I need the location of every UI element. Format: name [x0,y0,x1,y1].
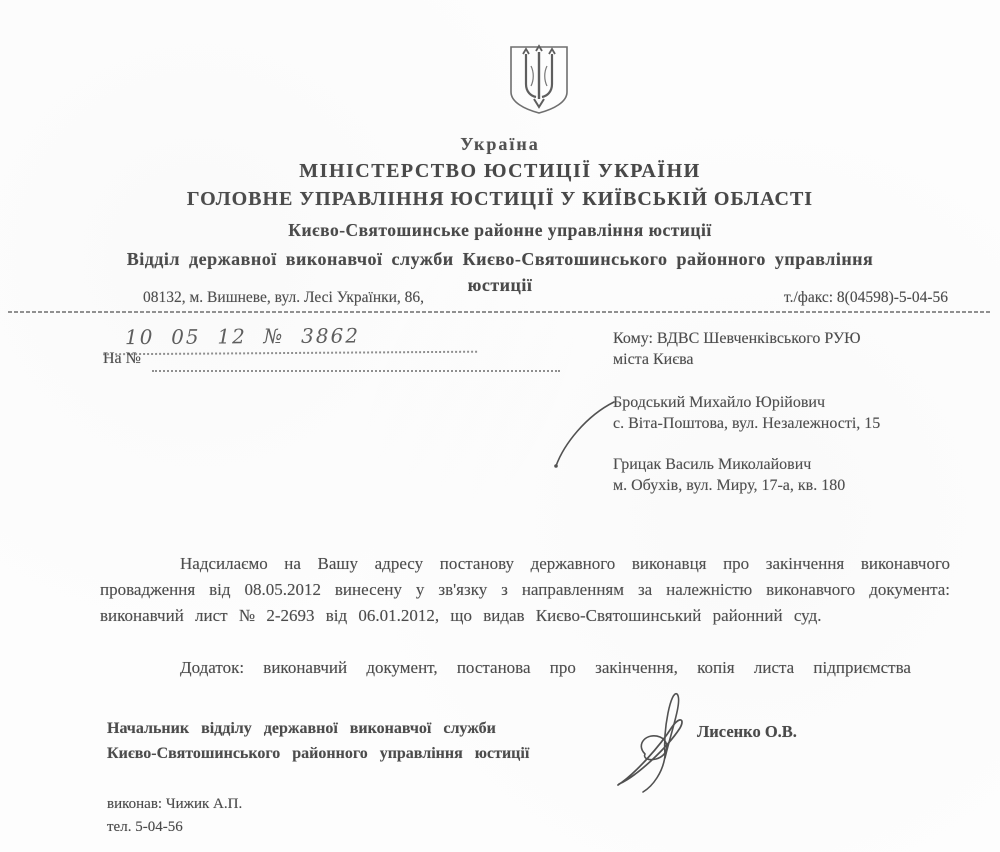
body-paragraph-main: Надсилаємо на Вашу адресу постанову держ… [100,551,950,629]
recipients-block: Кому: ВДВС Шевченківського РУЮ міста Киє… [613,328,973,496]
incoming-number-blank-line [152,352,560,372]
scanned-letter-page: Україна МІНІСТЕРСТВО ЮСТИЦІЇ УКРАЇНИ ГОЛ… [0,0,1000,852]
handwritten-signature [605,688,720,798]
letterhead-address: 08132, м. Вишневе, вул. Лесі Українки, 8… [143,289,424,307]
ukraine-trident-emblem [506,44,572,116]
body-paragraph-attachments: Додаток: виконавчий документ, постанова … [100,655,950,681]
recipient-to-line2: міста Києва [613,349,973,370]
spacer [613,434,973,454]
spacer [613,370,973,392]
incoming-number-label: На № [103,350,141,368]
recipient-person1-address: с. Віта-Поштова, вул. Незалежності, 15 [613,413,973,434]
letterhead-district-department: Києво-Святошинське районне управління юс… [0,220,1000,241]
recipient-person2-name: Грицак Василь Миколайович [613,454,973,475]
executor-line: виконав: Чижик А.П. [107,796,242,813]
executor-phone: тел. 5-04-56 [107,819,183,836]
letterhead-country: Україна [0,134,1000,155]
recipient-person2-address: м. Обухів, вул. Миру, 17-а, кв. 180 [613,475,973,496]
signer-position-title: Начальник відділу державної виконавчої с… [107,716,547,766]
signer-name: Лисенко О.В. [697,722,797,742]
letterhead-main-department: ГОЛОВНЕ УПРАВЛІННЯ ЮСТИЦІЇ У КИЇВСЬКІЙ О… [0,188,1000,211]
pen-stroke-mark [540,394,620,474]
letterhead-ministry: МІНІСТЕРСТВО ЮСТИЦІЇ УКРАЇНИ [0,160,1000,183]
letterhead-divider-line [8,311,992,313]
recipient-person1-name: Бродський Михайло Юрійович [613,392,973,413]
letterhead-phone-fax: т./факс: 8(04598)-5-04-56 [784,289,948,307]
recipient-to-line1: Кому: ВДВС Шевченківського РУЮ [613,328,973,349]
outgoing-number-handwritten: 10 05 12 № 3862 [103,323,477,356]
